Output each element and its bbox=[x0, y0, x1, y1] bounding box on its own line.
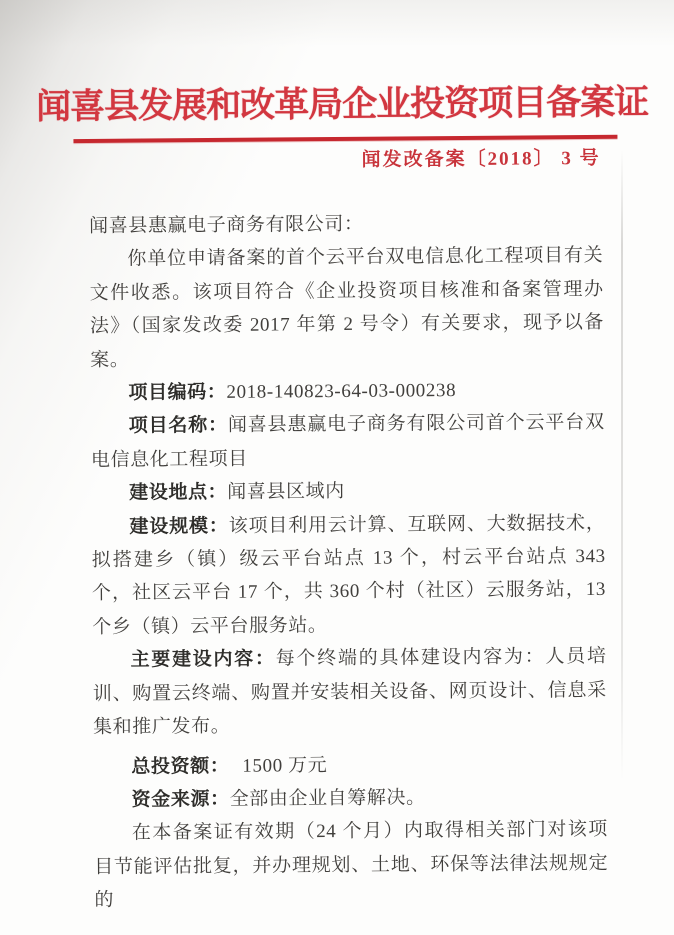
field-value-construction-site: 闻喜县区域内 bbox=[227, 481, 345, 503]
closing-paragraph: 在本备案证有效期（24 个月）内取得相关部门对该项目节能评估批复，并办理规划、土… bbox=[94, 813, 609, 917]
field-label-construction-scale: 建设规模： bbox=[129, 516, 228, 538]
field-label-main-content: 主要建设内容： bbox=[130, 649, 275, 671]
document-body: 闻喜县惠赢电子商务有限公司： 你单位申请备案的首个云平台双电信息化工程项目有关文… bbox=[89, 206, 609, 918]
field-construction-site: 建设地点：闻喜县区域内 bbox=[91, 473, 605, 510]
field-project-code: 项目编码：2018-140823-64-03-000238 bbox=[90, 373, 604, 410]
field-main-content: 主要建设内容：每个终端的具体建设内容为：人员培训、购置云终端、购置并安装相关设备… bbox=[92, 640, 607, 744]
field-value-funding-source: 全部由企业自筹解决。 bbox=[230, 787, 426, 810]
title-divider-rule bbox=[73, 135, 617, 143]
scanned-document-page: 闻喜县发展和改革局企业投资项目备案证 闻发改备案〔2018〕 3 号 闻喜县惠赢… bbox=[0, 0, 674, 935]
document-number: 闻发改备案〔2018〕 3 号 bbox=[1, 145, 674, 176]
field-label-project-name: 项目名称： bbox=[129, 415, 228, 437]
field-total-investment: 总投资额：1500 万元 bbox=[93, 746, 607, 783]
document-title: 闻喜县发展和改革局企业投资项目备案证 bbox=[36, 80, 638, 131]
field-label-project-code: 项目编码： bbox=[128, 382, 226, 404]
field-value-project-code: 2018-140823-64-03-000238 bbox=[226, 380, 456, 403]
field-label-funding-source: 资金来源： bbox=[132, 789, 230, 811]
recipient-line: 闻喜县惠赢电子商务有限公司： bbox=[89, 206, 603, 243]
intro-paragraph: 你单位申请备案的首个云平台双电信息化工程项目有关文件收悉。该项目符合《企业投资项… bbox=[89, 239, 604, 377]
field-project-name: 项目名称：闻喜县惠赢电子商务有限公司首个云平台双电信息化工程项目 bbox=[91, 406, 606, 477]
field-funding-source: 资金来源：全部由企业自筹解决。 bbox=[94, 780, 608, 817]
field-label-construction-site: 建设地点： bbox=[129, 482, 227, 504]
field-construction-scale: 建设规模：该项目利用云计算、互联网、大数据技术，拟搭建乡（镇）级云平台站点 13… bbox=[91, 507, 606, 645]
field-value-total-investment: 1500 万元 bbox=[229, 755, 327, 777]
field-label-total-investment: 总投资额： bbox=[131, 755, 229, 777]
document-content: 闻喜县发展和改革局企业投资项目备案证 闻发改备案〔2018〕 3 号 闻喜县惠赢… bbox=[0, 79, 674, 918]
